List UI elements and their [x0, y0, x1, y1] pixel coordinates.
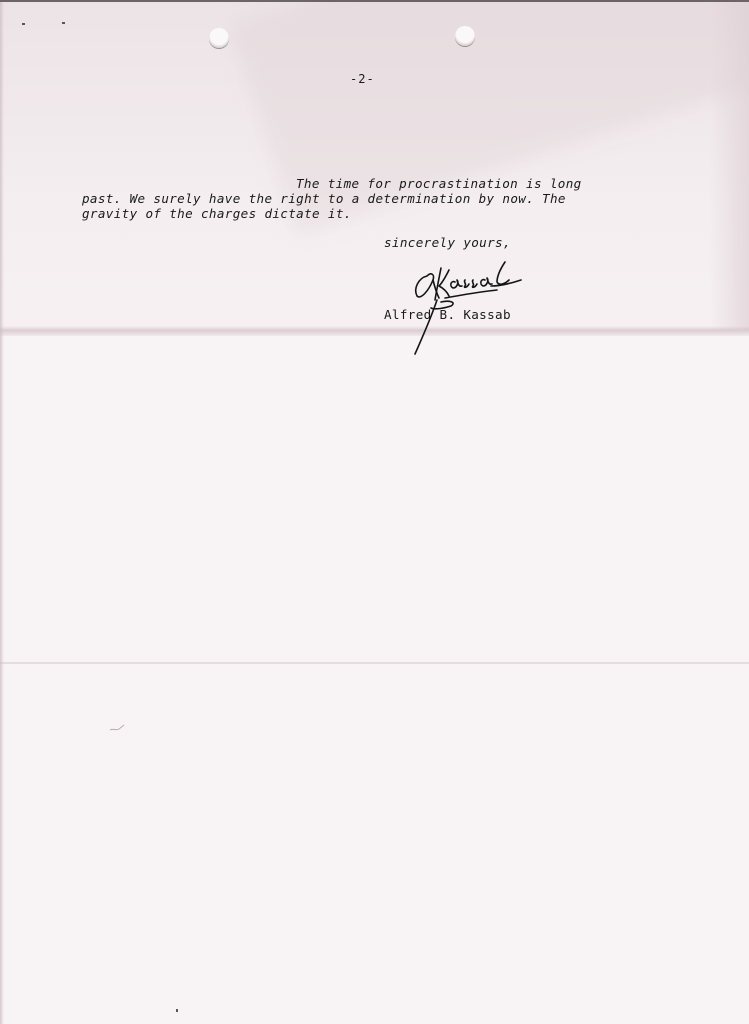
ink-speck — [62, 22, 65, 24]
ink-speck — [22, 23, 25, 25]
punch-hole-icon — [455, 26, 475, 46]
paper-fold-line-lower — [0, 662, 749, 664]
body-line: gravity of the charges dictate it. — [82, 206, 352, 221]
letter-page: -2- The time for procrastination is long… — [0, 0, 749, 1024]
page-number: -2- — [350, 72, 375, 86]
paper-fold-line — [0, 326, 749, 336]
signer-name: Alfred B. Kassab — [384, 307, 511, 322]
paper-top-edge — [0, 0, 749, 2]
stray-pencil-mark — [108, 722, 128, 736]
closing-salutation: sincerely yours, — [384, 235, 511, 250]
body-line: The time for procrastination is long — [296, 176, 582, 191]
ink-speck — [176, 1009, 178, 1012]
body-line: past. We surely have the right to a dete… — [82, 191, 566, 206]
paper-edge-shadow — [709, 0, 749, 330]
punch-hole-icon — [209, 28, 229, 48]
paper-left-edge — [0, 0, 4, 1024]
